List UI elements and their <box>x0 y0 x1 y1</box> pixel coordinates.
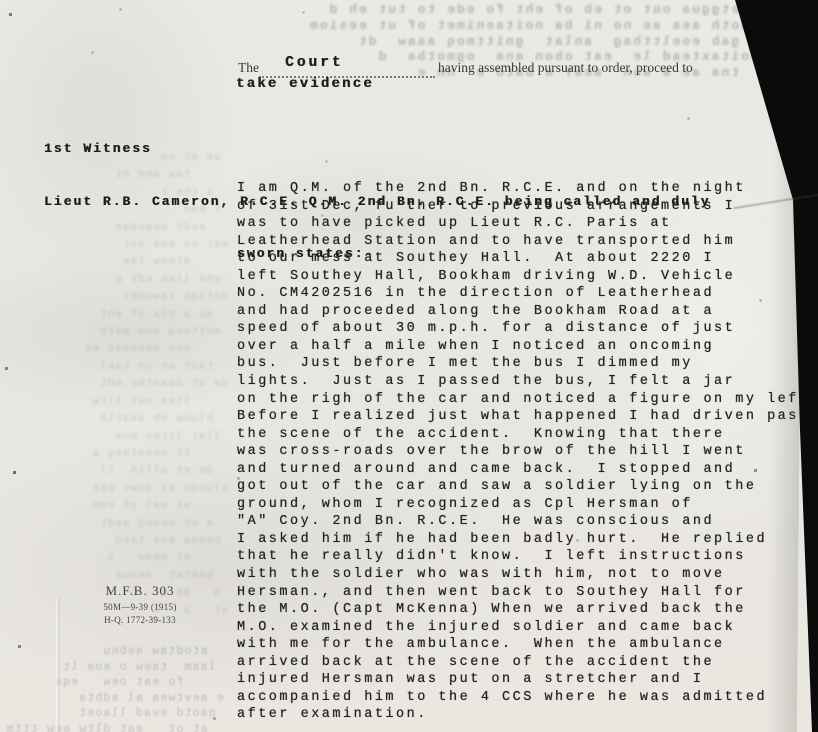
witness-heading-line1: 1st Witness <box>44 140 711 158</box>
bleedthrough-bottom-left: atodtaw aebnu laam taew o aoa lt fo eat … <box>0 644 232 732</box>
typed-take-evidence: take evidence <box>236 76 374 92</box>
form-number-line1: M.F.B. 303 <box>92 583 188 599</box>
scanned-document-page: etggua out ot eb of eht fo ede to tut eh… <box>0 0 818 732</box>
paper-specks <box>0 0 1 1</box>
form-suffix-text: having assembled pursuant to order, proc… <box>438 58 693 78</box>
form-prefix-text: The <box>238 58 259 78</box>
typed-court-value: Court <box>285 55 344 71</box>
dotted-leader: Court <box>259 56 435 78</box>
form-number-line2: 50M—9-39 (1915) <box>92 601 188 614</box>
form-number-block: M.F.B. 303 50M—9-39 (1915) H-Q. 1772-39-… <box>92 583 188 627</box>
form-header-line: The Court having assembled pursuant to o… <box>238 56 693 78</box>
paper-crease-left <box>56 598 58 732</box>
form-number-line3: H-Q. 1772-39-133 <box>92 614 188 627</box>
statement-body: I am Q.M. of the 2nd Bn. R.C.E. and on t… <box>237 180 809 724</box>
